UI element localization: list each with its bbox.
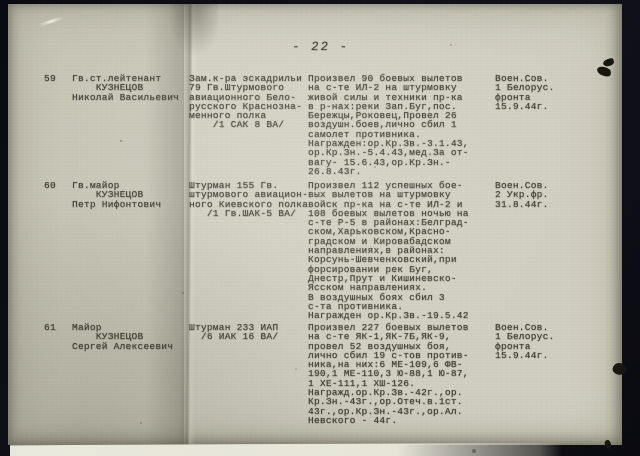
unit-info: Штурман 155 Гв. штурмового авиацион- ног… xyxy=(189,181,308,218)
officer-name: Майор КУЗНЕЦОВ Сергей Алексеевич xyxy=(72,323,173,351)
paper-speckles xyxy=(120,140,122,142)
page-number: - 22 - xyxy=(291,41,350,54)
paper-scratch xyxy=(38,16,64,27)
award-authority: Воен.Сов. 1 Белорус. фронта 15.9.44г. xyxy=(495,323,555,360)
award-authority: Воен.Сов. 1 Белорус. фронта 15.9.44г. xyxy=(495,74,555,111)
typewritten-content: - 22 - 59 Гв.ст.лейтенант КУЗНЕЦОВ Никол… xyxy=(8,4,622,445)
record-number: 59 xyxy=(44,74,56,83)
combat-record: Произвел 112 успешных бое- вых вылетов н… xyxy=(308,181,469,320)
officer-name: Гв.майор КУЗНЕЦОВ Петр Нифонтович xyxy=(72,181,161,209)
award-authority: Воен.Сов. 2 Укр.фр. 31.8.44г. xyxy=(495,181,549,209)
fold-top-shadow xyxy=(166,4,218,58)
combat-record: Произвел 90 боевых вылетов на с-те ИЛ-2 … xyxy=(308,74,469,176)
record-number: 60 xyxy=(44,181,56,190)
scanner-background: - 22 - 59 Гв.ст.лейтенант КУЗНЕЦОВ Никол… xyxy=(0,0,640,456)
combat-record: Произвел 227 боевых вылетов на с-те ЯК-1… xyxy=(308,323,469,425)
unit-info: Штурман 233 ИАП /6 ИАК 16 ВА/ xyxy=(189,323,278,342)
page-fold-crease xyxy=(178,4,199,445)
underlying-page-edge xyxy=(10,443,562,456)
record-number: 61 xyxy=(44,323,56,332)
page-left-shading xyxy=(8,4,184,445)
officer-name: Гв.ст.лейтенант КУЗНЕЦОВ Николай Василье… xyxy=(72,74,179,102)
unit-info: Зам.к-ра эскадрильи 79 Гв.Штурмового ави… xyxy=(189,74,302,130)
scanned-page: - 22 - 59 Гв.ст.лейтенант КУЗНЕЦОВ Никол… xyxy=(8,4,622,445)
